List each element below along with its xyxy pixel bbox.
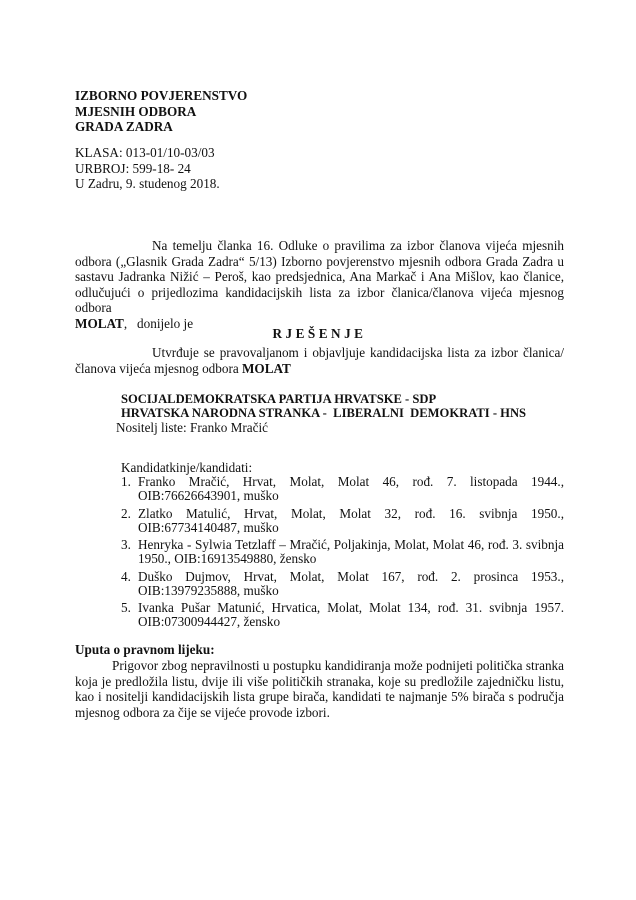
intro-paragraph: Na temelju članka 16. Odluke o pravilima… [75,238,564,332]
candidate-text: Zlatko Matulić, Hrvat, Molat, Molat 32, … [138,507,564,535]
list-holder: Nositelj liste: Franko Mračić [116,420,268,436]
party-list: SOCIJALDEMOKRATSKA PARTIJA HRVATSKE - SD… [121,392,526,419]
urbroj-line: URBROJ: 599-18- 24 [75,161,220,177]
candidate-text: Henryka - Sylwia Tetzlaff – Mračić, Polj… [138,538,564,566]
candidate-item: 3. Henryka - Sylwia Tetzlaff – Mračić, P… [121,538,564,566]
issuer-header: IZBORNO POVJERENSTVO MJESNIH ODBORA GRAD… [75,88,247,135]
candidate-number: 1. [121,475,131,489]
intro-text: Na temelju članka 16. Odluke o pravilima… [75,238,564,315]
appeal-title: Uputa o pravnom lijeku: [75,642,215,658]
candidates-list: 1. Franko Mračić, Hrvat, Molat, Molat 46… [121,475,564,633]
klasa-line: KLASA: 013-01/10-03/03 [75,145,220,161]
place-date-line: U Zadru, 9. studenog 2018. [75,176,220,192]
party-2: HRVATSKA NARODNA STRANKA - LIBERALNI DEM… [121,406,526,420]
candidate-item: 1. Franko Mračić, Hrvat, Molat, Molat 46… [121,475,564,503]
candidate-text: Franko Mračić, Hrvat, Molat, Molat 46, r… [138,475,564,503]
document-page: IZBORNO POVJERENSTVO MJESNIH ODBORA GRAD… [0,0,636,900]
candidate-number: 3. [121,538,131,552]
candidate-item: 2. Zlatko Matulić, Hrvat, Molat, Molat 3… [121,507,564,535]
candidate-text: Duško Dujmov, Hrvat, Molat, Molat 167, r… [138,570,564,598]
issuer-line-2: MJESNIH ODBORA [75,104,247,120]
appeal-paragraph: Prigovor zbog nepravilnosti u postupku k… [75,658,564,720]
party-1: SOCIJALDEMOKRATSKA PARTIJA HRVATSKE - SD… [121,392,526,406]
decision-paragraph: Utvrđuje se pravovaljanom i objavljuje k… [75,345,564,376]
issuer-line-3: GRADA ZADRA [75,119,247,135]
decision-title: RJEŠENJE [75,326,564,342]
candidate-number: 5. [121,601,131,615]
reference-block: KLASA: 013-01/10-03/03 URBROJ: 599-18- 2… [75,145,220,192]
candidate-item: 5. Ivanka Pušar Matunić, Hrvatica, Molat… [121,601,564,629]
issuer-line-1: IZBORNO POVJERENSTVO [75,88,247,104]
candidate-number: 4. [121,570,131,584]
candidate-item: 4. Duško Dujmov, Hrvat, Molat, Molat 167… [121,570,564,598]
decision-text: Utvrđuje se pravovaljanom i objavljuje k… [75,345,564,376]
candidate-number: 2. [121,507,131,521]
decision-board-name: MOLAT [242,361,291,376]
candidate-text: Ivanka Pušar Matunić, Hrvatica, Molat, M… [138,601,564,629]
